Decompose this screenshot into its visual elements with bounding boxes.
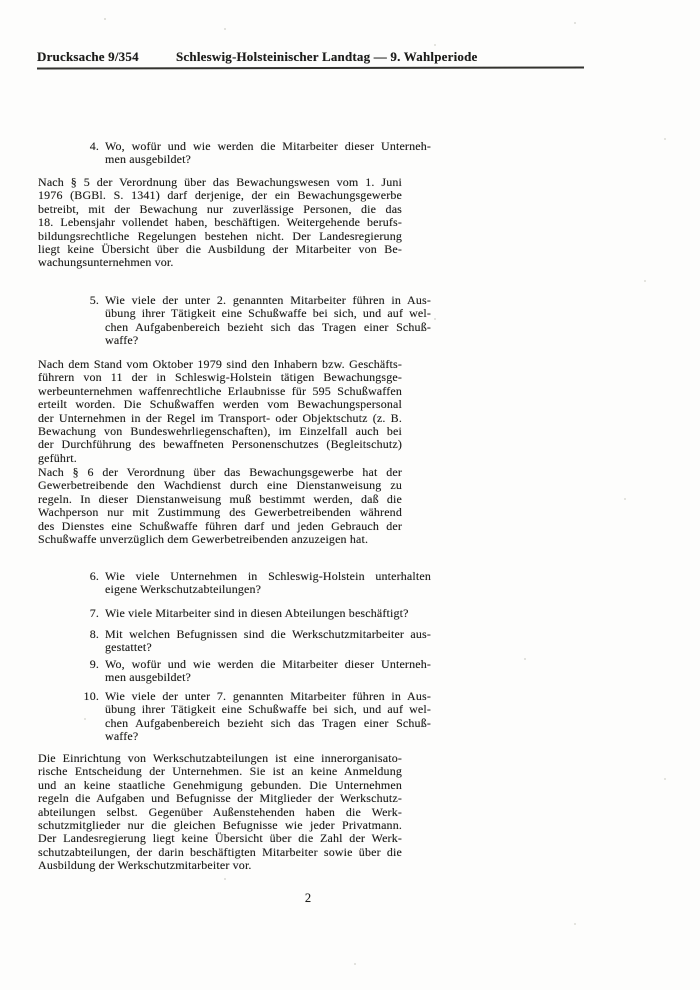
text-line: des Dienstes eine Schußwaffe führen darf…: [38, 520, 402, 533]
text-line: men ausgebildet?: [105, 153, 431, 166]
text-line: und an keine staatliche Genehmigung gebu…: [38, 779, 402, 792]
text-line: Mit welchen Befugnissen sind die Werksch…: [105, 628, 431, 641]
body-paragraph: Die Einrichtung von Werkschutzabteilunge…: [38, 752, 402, 873]
text-line: 1976 (BGBl. S. 1341) darf derjenige, der…: [38, 189, 402, 202]
question-item: 5.Wie viele der unter 2. genannten Mitar…: [105, 294, 431, 348]
question-number: 9.: [50, 658, 99, 671]
body-paragraph: Nach § 6 der Verordnung über das Bewachu…: [38, 466, 402, 546]
text-line: Die Einrichtung von Werkschutzabteilunge…: [38, 752, 402, 765]
text-line: der Unternehmen in der Regel im Transpor…: [38, 412, 402, 425]
text-line: Ausbildung der Werkschutzmitarbeiter vor…: [38, 859, 402, 872]
text-line: übung ihrer Tätigkeit eine Schußwaffe be…: [105, 703, 431, 716]
text-line: Nach dem Stand vom Oktober 1979 sind den…: [38, 358, 402, 371]
text-line: der Durchführung des bewaffneten Persone…: [38, 438, 402, 451]
text-line: Wie viele der unter 2. genannten Mitarbe…: [105, 294, 431, 307]
text-line: erteilt worden. Die Schußwaffen werden v…: [38, 398, 402, 411]
text-line: wachungsunternehmen vor.: [38, 256, 402, 269]
text-line: Gewerbetreibende den Wachdienst durch ei…: [38, 479, 402, 492]
text-line: regeln. In dieser Dienstanweisung muß be…: [38, 493, 402, 506]
text-line: Schußwaffe unverzüglich dem Gewerbetreib…: [38, 533, 402, 546]
text-line: chen Aufgabenbereich bezieht sich das Tr…: [105, 717, 431, 730]
text-line: abteilungen selbst. Gegenüber Außenstehe…: [38, 806, 402, 819]
page-number: 2: [298, 891, 318, 906]
text-line: gestattet?: [105, 641, 431, 654]
text-line: Nach § 6 der Verordnung über das Bewachu…: [38, 466, 402, 479]
text-line: eigene Werkschutzabteilungen?: [105, 583, 431, 596]
text-line: schutzabteilungen, der darin beschäftigt…: [38, 846, 402, 859]
text-line: Bewachung von Bundeswehrliegenschaften),…: [38, 425, 402, 438]
text-line: liegt keine Übersicht über die Ausbildun…: [38, 243, 402, 256]
text-line: waffe?: [105, 334, 431, 347]
text-line: rische Entscheidung der Unternehmen. Sie…: [38, 765, 402, 778]
text-line: betreibt, mit der Bewachung nur zuverläs…: [38, 203, 402, 216]
text-line: Wo, wofür und wie werden die Mitarbeiter…: [105, 658, 431, 671]
question-item: 9.Wo, wofür und wie werden die Mitarbeit…: [105, 658, 431, 685]
question-item: 4.Wo, wofür und wie werden die Mitarbeit…: [105, 140, 431, 167]
scanned-page: Drucksache 9/354 Schleswig-Holsteinische…: [0, 0, 700, 990]
text-line: Wie viele Mitarbeiter sind in diesen Abt…: [105, 607, 431, 620]
question-item: 8.Mit welchen Befugnissen sind die Werks…: [105, 628, 431, 655]
text-line: Wie viele der unter 7. genannten Mitarbe…: [105, 690, 431, 703]
text-line: regeln die Aufgaben und Befugnisse der M…: [38, 792, 402, 805]
text-line: Wie viele Unternehmen in Schleswig-Holst…: [105, 570, 431, 583]
text-line: übung ihrer Tätigkeit eine Schußwaffe be…: [105, 307, 431, 320]
question-number: 6.: [50, 570, 99, 583]
text-line: geführt.: [38, 452, 402, 465]
question-number: 7.: [50, 607, 99, 620]
text-line: Nach § 5 der Verordnung über das Bewachu…: [38, 176, 402, 189]
text-line: Wo, wofür und wie werden die Mitarbeiter…: [105, 140, 431, 153]
question-item: 7.Wie viele Mitarbeiter sind in diesen A…: [105, 607, 431, 620]
question-number: 4.: [50, 140, 99, 153]
question-number: 8.: [50, 628, 99, 641]
text-line: führern von 11 der in Schleswig-Holstein…: [38, 371, 402, 384]
question-item: 6.Wie viele Unternehmen in Schleswig-Hol…: [105, 570, 431, 597]
document-body: 4.Wo, wofür und wie werden die Mitarbeit…: [0, 0, 700, 990]
text-line: werbeunternehmen waffenrechtliche Erlaub…: [38, 385, 402, 398]
text-line: waffe?: [105, 730, 431, 743]
question-number: 10.: [50, 690, 99, 703]
text-line: Wachperson nur mit Zustimmung des Gewerb…: [38, 506, 402, 519]
text-line: 18. Lebensjahr vollendet haben, beschäft…: [38, 216, 402, 229]
text-line: chen Aufgabenbereich bezieht sich das Tr…: [105, 321, 431, 334]
question-item: 10.Wie viele der unter 7. genannten Mita…: [105, 690, 431, 744]
body-paragraph: Nach dem Stand vom Oktober 1979 sind den…: [38, 358, 402, 465]
text-line: Der Landesregierung liegt keine Übersich…: [38, 832, 402, 845]
body-paragraph: Nach § 5 der Verordnung über das Bewachu…: [38, 176, 402, 270]
question-number: 5.: [50, 294, 99, 307]
text-line: men ausgebildet?: [105, 671, 431, 684]
